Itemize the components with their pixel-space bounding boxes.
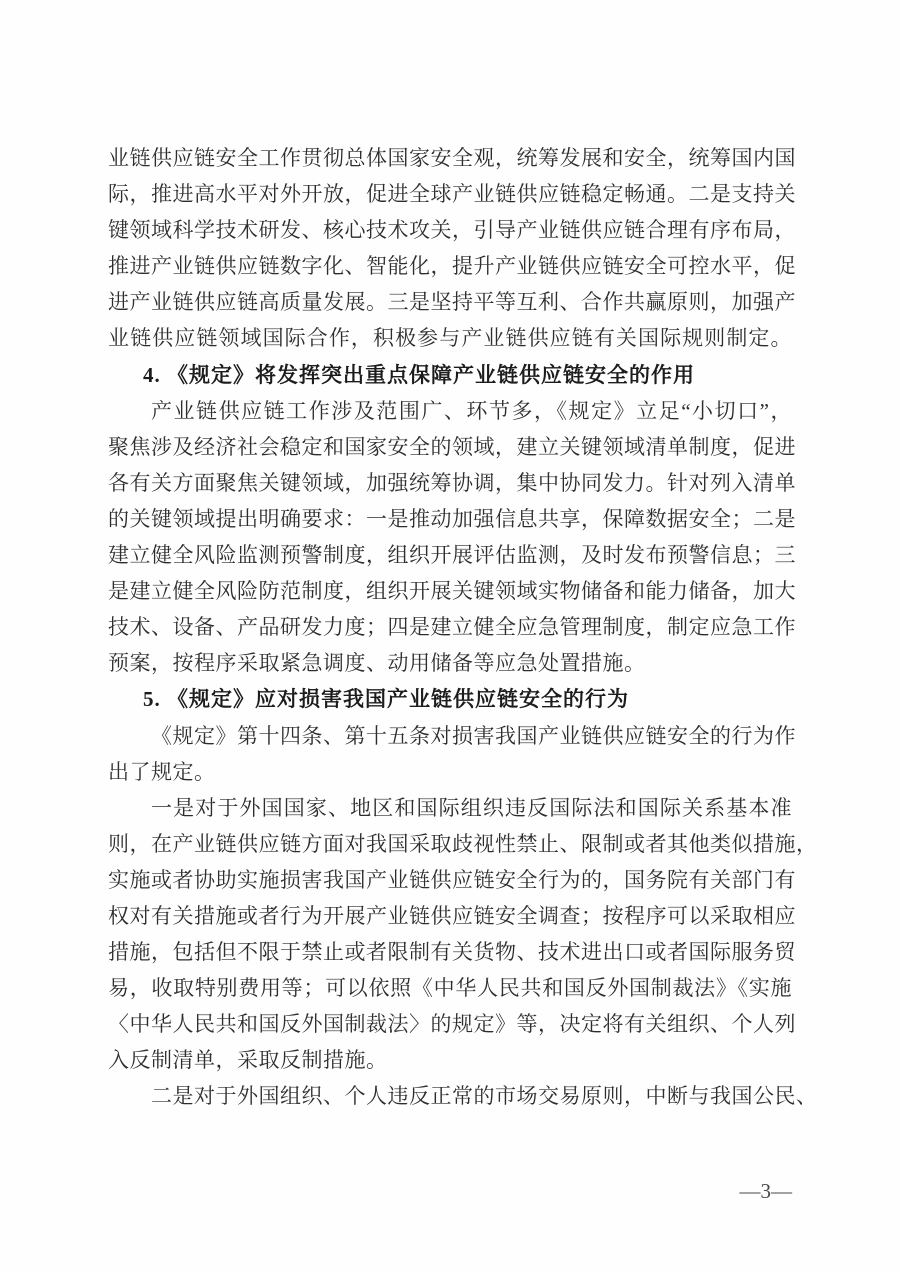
- text-line: 实施或者协助实施损害我国产业链供应链安全行为的，国务院有关部门有: [108, 862, 792, 898]
- text-line: 建立健全风险监测预警制度，组织开展评估监测，及时发布预警信息；三: [108, 537, 792, 573]
- text-line: 的关键领域提出明确要求：一是推动加强信息共享，保障数据安全；二是: [108, 501, 792, 537]
- text-line: 易，收取特别费用等；可以依照《中华人民共和国反外国制裁法》《实施: [108, 970, 792, 1006]
- text-line: 产业链供应链工作涉及范围广、环节多，《规定》立足“小切口”，: [108, 393, 792, 429]
- text-line: 际，推进高水平对外开放，促进全球产业链供应链稳定畅通。二是支持关: [108, 176, 792, 212]
- section-heading: 4. 《规定》将发挥突出重点保障产业链供应链安全的作用: [108, 357, 792, 393]
- text-line: 权对有关措施或者行为开展产业链供应链安全调查；按程序可以采取相应: [108, 898, 792, 934]
- text-line: 业链供应链领域国际合作，积极参与产业链供应链有关国际规则制定。: [108, 320, 792, 356]
- text-line: 措施，包括但不限于禁止或者限制有关货物、技术进出口或者国际服务贸: [108, 934, 792, 970]
- text-line: 则，在产业链供应链方面对我国采取歧视性禁止、限制或者其他类似措施，: [108, 826, 792, 862]
- page-number: —3—: [108, 1176, 792, 1206]
- text-line: 预案，按程序采取紧急调度、动用储备等应急处置措施。: [108, 645, 792, 681]
- text-line: 出了规定。: [108, 754, 792, 790]
- text-line: 是建立健全风险防范制度，组织开展关键领域实物储备和能力储备，加大: [108, 573, 792, 609]
- text-line: 二是对于外国组织、个人违反正常的市场交易原则，中断与我国公民、: [108, 1078, 792, 1114]
- text-line: 键领域科学技术研发、核心技术攻关，引导产业链供应链合理有序布局，: [108, 212, 792, 248]
- text-line: 推进产业链供应链数字化、智能化，提升产业链供应链安全可控水平，促: [108, 248, 792, 284]
- section-heading: 5. 《规定》应对损害我国产业链供应链安全的行为: [108, 681, 792, 717]
- text-line: 〈中华人民共和国反外国制裁法〉的规定》等，决定将有关组织、个人列: [108, 1006, 792, 1042]
- text-line: 各有关方面聚焦关键领域，加强统筹协调，集中协同发力。针对列入清单: [108, 465, 792, 501]
- text-line: 入反制清单，采取反制措施。: [108, 1042, 792, 1078]
- scanned-document-page: 业链供应链安全工作贯彻总体国家安全观，统筹发展和安全，统筹国内国际，推进高水平对…: [0, 0, 900, 1272]
- text-line: 聚焦涉及经济社会稳定和国家安全的领域，建立关键领域清单制度，促进: [108, 429, 792, 465]
- text-line: 一是对于外国国家、地区和国际组织违反国际法和国际关系基本准: [108, 790, 792, 826]
- text-line: 进产业链供应链高质量发展。三是坚持平等互利、合作共赢原则，加强产: [108, 284, 792, 320]
- text-line: 技术、设备、产品研发力度；四是建立健全应急管理制度，制定应急工作: [108, 609, 792, 645]
- text-line: 《规定》第十四条、第十五条对损害我国产业链供应链安全的行为作: [108, 718, 792, 754]
- text-line: 业链供应链安全工作贯彻总体国家安全观，统筹发展和安全，统筹国内国: [108, 140, 792, 176]
- document-body: 业链供应链安全工作贯彻总体国家安全观，统筹发展和安全，统筹国内国际，推进高水平对…: [108, 140, 792, 1115]
